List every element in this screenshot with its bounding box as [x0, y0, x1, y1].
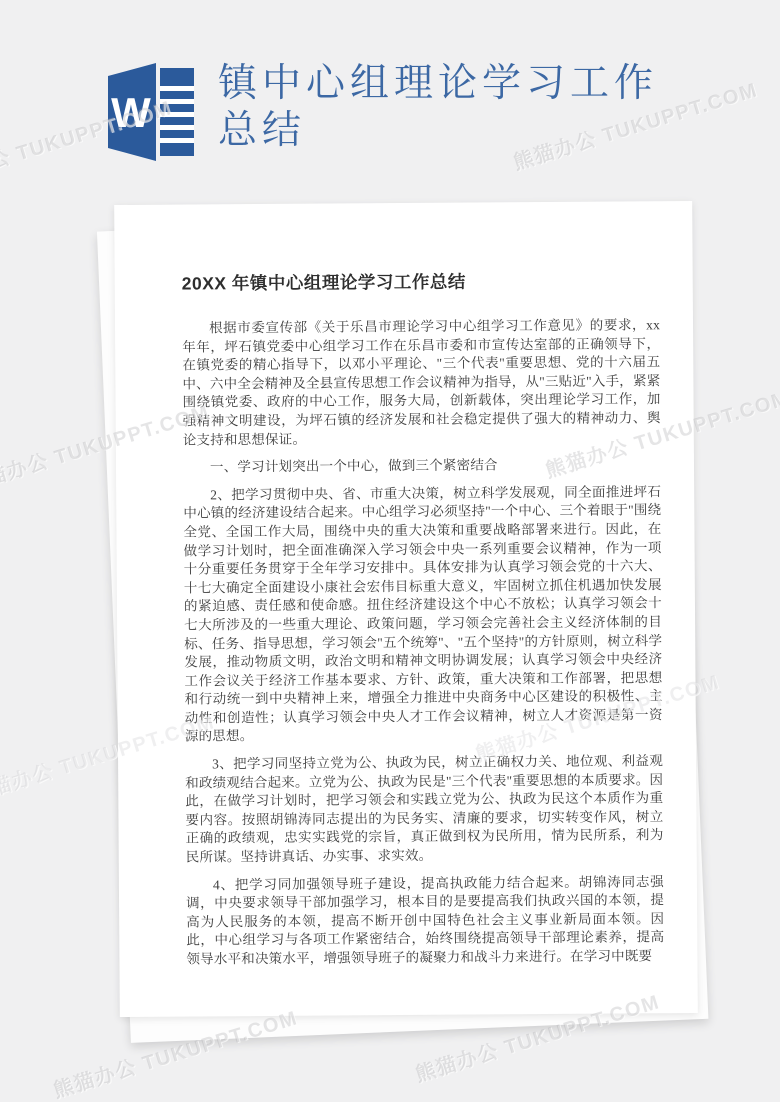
svg-text:W: W: [111, 89, 151, 136]
doc-section-heading: 一、学习计划突出一个中心，做到三个紧密结合: [183, 455, 661, 477]
page-title: 镇中心组理论学习工作总结: [218, 60, 693, 154]
document-heading: 20XX 年镇中心组理论学习工作总结: [182, 267, 660, 295]
word-icon: W: [100, 60, 194, 164]
doc-paragraph: 2、把学习贯彻中央、省、市重大决策，树立科学发展观，同全面推进坪石中心镇的经济建…: [183, 483, 663, 747]
doc-paragraph: 3、把学习同坚持立党为公、执政为民，树立正确权力关、地位观、利益观和政绩观结合起…: [185, 752, 664, 867]
page-header: W 镇中心组理论学习工作总结: [0, 0, 780, 195]
document-page: 20XX 年镇中心组理论学习工作总结 根据市委宣传部《关于乐昌市理论学习中心组学…: [114, 201, 698, 1017]
doc-paragraph: 根据市委宣传部《关于乐昌市理论学习中心组学习工作意见》的要求，xx年年，坪石镇党…: [182, 316, 661, 449]
doc-paragraph: 4、把学习同加强领导班子建设，提高执政能力结合起来。胡锦涛同志强调，中央要求领导…: [186, 873, 665, 969]
